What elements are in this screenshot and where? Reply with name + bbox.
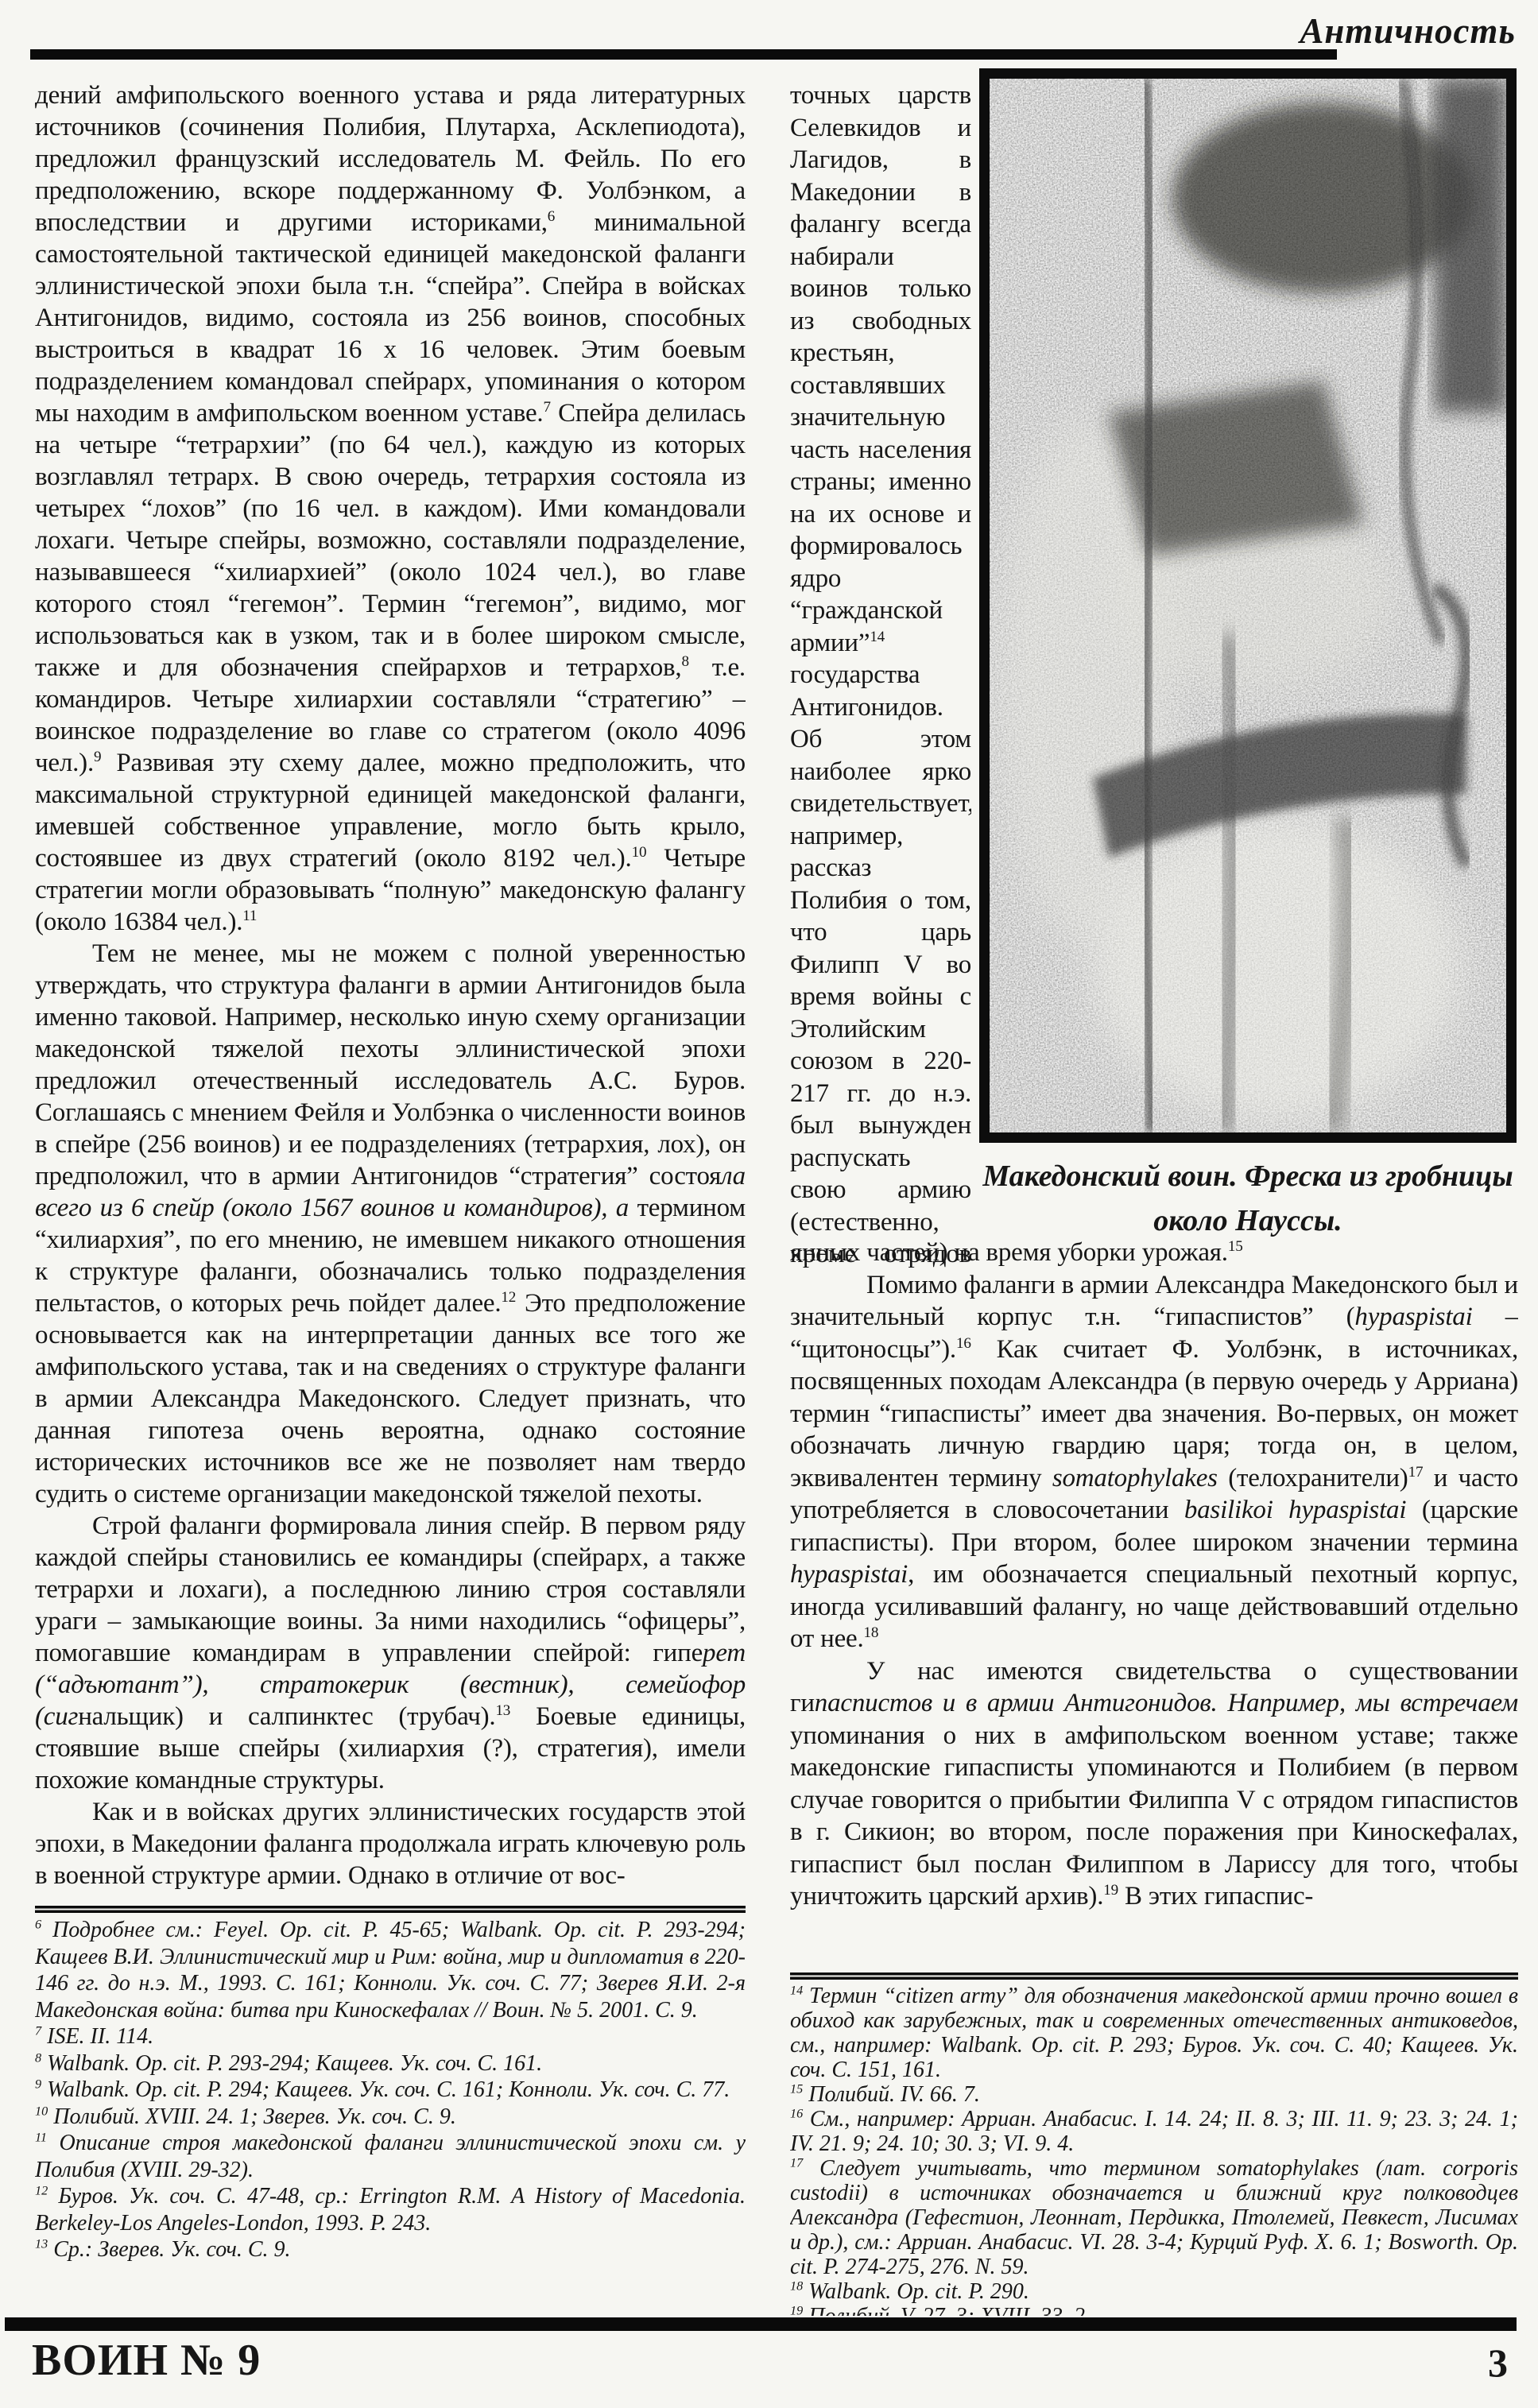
text-run: Как и в войсках других эллинистических г… — [35, 1798, 746, 1890]
footnote-ref: 13 — [495, 1702, 510, 1719]
footnote: 16 См., например: Арриан. Анабасис. I. 1… — [790, 2107, 1518, 2156]
footnote-number: 8 — [35, 2050, 41, 2065]
footnote-text: Ср.: Зверев. Ук. соч. С. 9. — [48, 2237, 290, 2262]
header-rule — [30, 49, 1337, 60]
footnote: 10 Полибий. XVIII. 24. 1; Зверев. Ук. со… — [35, 2104, 746, 2131]
text-run: Тем не менее, мы не можем с полной увере… — [35, 939, 746, 1190]
footnote-number: 16 — [790, 2107, 803, 2121]
footnote-text: Подробнее см.: Feyel. Op. cit. P. 45-65;… — [35, 1918, 746, 2023]
footnote-text: Полибий. V. 27. 3; XVIII. 33. 2. — [803, 2304, 1091, 2316]
page: Античность дений амфипольского военного … — [0, 0, 1538, 2408]
text-run: минимальной самостоятельной тактической … — [35, 208, 746, 428]
footnote-text: Полибий. XVIII. 24. 1; Зверев. Ук. соч. … — [48, 2104, 456, 2129]
footnote-number: 9 — [35, 2077, 41, 2092]
left-column: дений амфипольского военного устава и ря… — [35, 79, 746, 1901]
footnote-ref: 8 — [681, 653, 688, 670]
text-run: янных частей) на время уборки урожая. — [790, 1238, 1228, 1267]
figure-caption: Македонский воин. Фреска из гробницы око… — [979, 1154, 1517, 1243]
footnote-ref: 11 — [242, 908, 257, 924]
footnote: 9 Walbank. Op. cit. P. 294; Кащеев. Ук. … — [35, 2077, 746, 2104]
footnote-text: Термин “citizen army” для обозначения ма… — [790, 1984, 1518, 2082]
footnote-ref: 10 — [632, 844, 647, 861]
footnotes-left: 6 Подробнее см.: Feyel. Op. cit. P. 45-6… — [35, 1917, 746, 2314]
footnote-ref: 6 — [548, 208, 555, 225]
footnote-number: 13 — [35, 2237, 48, 2251]
footnote-number: 19 — [790, 2304, 803, 2316]
footnote-text: Walbank. Op. cit. P. 290. — [803, 2279, 1029, 2304]
footnote-number: 7 — [35, 2024, 41, 2038]
footnote: 7 ISE. II. 114. — [35, 2023, 746, 2050]
text-run: hypaspistai — [790, 1560, 908, 1589]
text-run: Спейра делилась на четыре “тетрархии” (п… — [35, 399, 746, 682]
footnote-ref: 14 — [870, 629, 885, 645]
footnote-text: Walbank. Op. cit. P. 293-294; Кащеев. Ук… — [41, 2051, 542, 2076]
text-run: basilikoi hypaspistai — [1184, 1496, 1407, 1524]
text-run: паспистов и в армии Антигонидов. Наприме… — [815, 1689, 1518, 1717]
text-run: Строй фаланги формировала линия спейр. В… — [35, 1512, 746, 1667]
footnote-ref: 16 — [956, 1335, 971, 1352]
figure-caption-line1: Македонский воин. Фреска из гробницы — [979, 1154, 1517, 1198]
page-number: 3 — [1488, 2340, 1508, 2386]
footnotes-right: 14 Термин “citizen army” для обозначения… — [790, 1984, 1518, 2316]
footnote: 13 Ср.: Зверев. Ук. соч. С. 9. — [35, 2236, 746, 2263]
footnote: 18 Walbank. Op. cit. P. 290. — [790, 2279, 1518, 2304]
footnote-number: 15 — [790, 2082, 803, 2096]
footnote-text: См., например: Арриан. Анабасис. I. 14. … — [790, 2107, 1518, 2156]
text-run: (телохранители) — [1218, 1464, 1408, 1492]
text-run: hypaspistai — [1354, 1303, 1472, 1331]
footnote-number: 12 — [35, 2184, 48, 2198]
footnote: 15 Полибий. IV. 66. 7. — [790, 2082, 1518, 2107]
figure: Македонский воин. Фреска из гробницы око… — [979, 68, 1517, 1243]
footnote-ref: 12 — [501, 1289, 516, 1306]
text-run: нальщик) и салпинктес (трубач). — [78, 1702, 495, 1731]
footnote: 6 Подробнее см.: Feyel. Op. cit. P. 45-6… — [35, 1917, 746, 2023]
footnote-text: Буров. Ук. соч. С. 47-48, ср.: Errington… — [35, 2184, 746, 2236]
footnote-text: ISE. II. 114. — [41, 2024, 153, 2049]
text-run: Это предположение основывается как на ин… — [35, 1289, 746, 1508]
footnote: 19 Полибий. V. 27. 3; XVIII. 33. 2. — [790, 2304, 1518, 2316]
footnote-number: 6 — [35, 1918, 41, 1932]
footnote-text: Описание строя македонской фаланги эллин… — [35, 2131, 746, 2182]
right-column-wrap-text: точных царств Селевкидов и Лагидов, в Ма… — [790, 79, 971, 1272]
footnote: 11 Описание строя македонской фаланги эл… — [35, 2130, 746, 2183]
footnote-number: 11 — [35, 2131, 47, 2145]
footnote-ref: 18 — [864, 1624, 879, 1641]
text-run: somatophylakes — [1052, 1464, 1218, 1492]
footnote-separator-right — [790, 1972, 1518, 1980]
footnote-ref: 19 — [1103, 1882, 1118, 1899]
footnote-number: 14 — [790, 1984, 803, 1998]
text-run: В этих гипаспис- — [1118, 1882, 1313, 1911]
text-run: точных царств Селевкидов и Лагидов, в Ма… — [790, 81, 971, 657]
footnote-separator-left — [35, 1906, 746, 1913]
right-column-main: янных частей) на время уборки урожая.15П… — [790, 1237, 1518, 1968]
footnote-ref: 7 — [543, 399, 550, 416]
footnote: 12 Буров. Ук. соч. С. 47-48, ср.: Erring… — [35, 2183, 746, 2236]
footnote: 14 Термин “citizen army” для обозначения… — [790, 1984, 1518, 2082]
journal-title: ВОИН № 9 — [32, 2335, 261, 2386]
footnote-ref: 9 — [94, 749, 101, 765]
fresco-image — [979, 68, 1517, 1143]
footer-rule — [5, 2317, 1517, 2331]
footnote-number: 10 — [35, 2104, 48, 2118]
footnote-text: Следует учитывать, что термином somatoph… — [790, 2156, 1518, 2279]
footnote-text: Walbank. Op. cit. P. 294; Кащеев. Ук. со… — [41, 2077, 730, 2102]
section-header-label: Античность — [1300, 13, 1516, 49]
footnote-number: 17 — [790, 2156, 803, 2170]
footnote-ref: 15 — [1228, 1238, 1243, 1255]
footnote-ref: 17 — [1408, 1464, 1424, 1481]
footnote-number: 18 — [790, 2279, 803, 2294]
footnote: 17 Следует учитывать, что термином somat… — [790, 2156, 1518, 2279]
footnote: 8 Walbank. Op. cit. P. 293-294; Кащеев. … — [35, 2050, 746, 2077]
footnote-text: Полибий. IV. 66. 7. — [803, 2082, 980, 2107]
text-run: государства Антигонидов. Об этом наиболе… — [790, 660, 971, 1272]
